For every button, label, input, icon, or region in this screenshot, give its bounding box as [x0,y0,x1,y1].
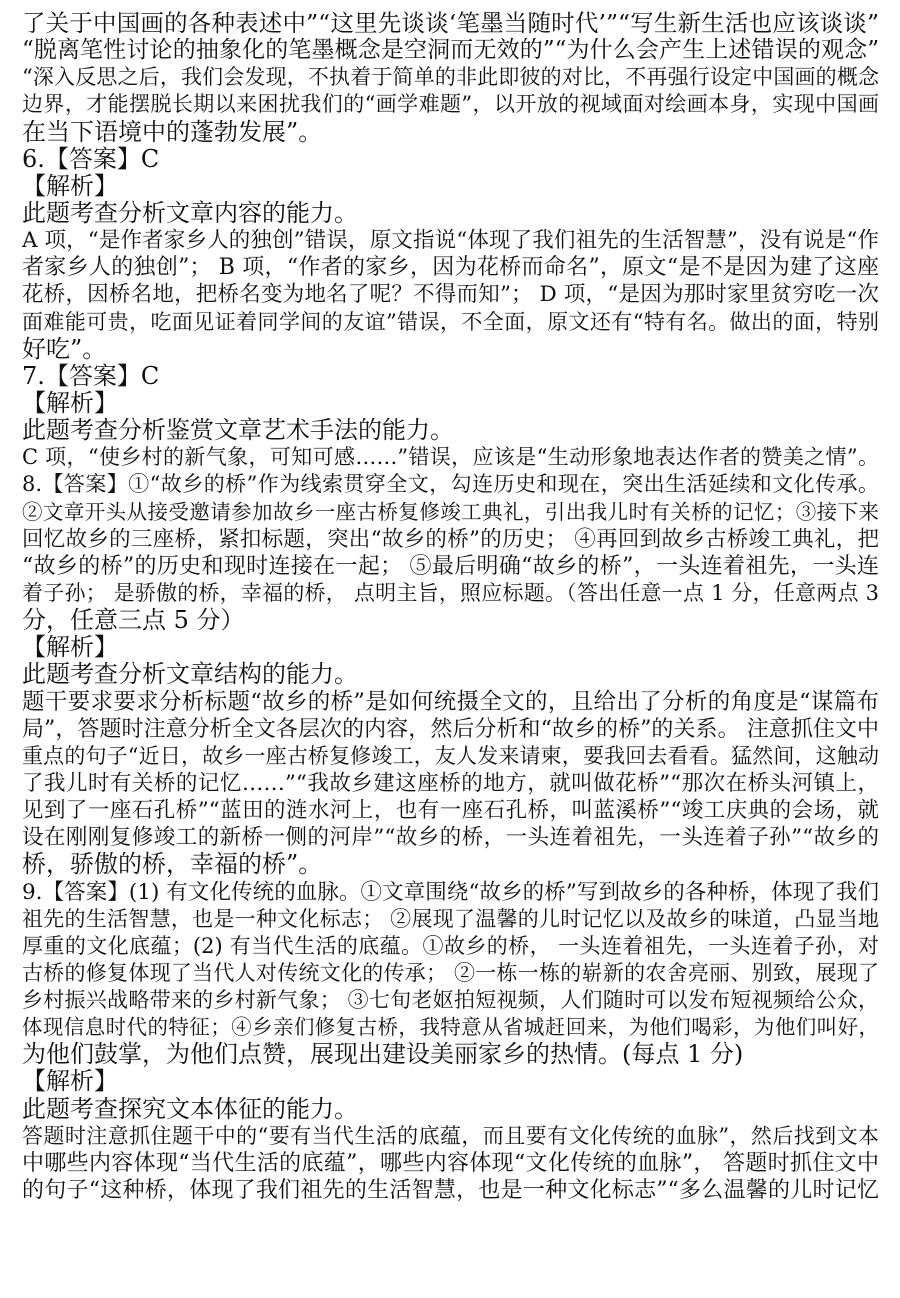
text-line: 【解析】 [22,634,879,661]
text-line: 乡村振兴战略带来的乡村新气象； ③七旬老妪拍短视频，人们随时可以发布短视频给公众… [22,987,879,1014]
text-line: 此题考查分析鉴赏文章艺术手法的能力。 [22,417,879,444]
text-line: 祖先的生活智慧，也是一种文化标志； ②展现了温馨的儿时记忆以及故乡的味道，凸显当… [22,906,879,933]
text-line: 此题考查探究文本体征的能力。 [22,1096,879,1123]
text-line: 着子孙； 是骄傲的桥，幸福的桥， 点明主旨，照应标题。（答出任意一点 1 分，任… [22,580,879,607]
text-line: 设在刚刚复修竣工的新桥一侧的河岸”“故乡的桥，一头连着祖先，一头连着子孙”“故乡… [22,824,879,851]
text-line: 7.【答案】C [22,363,879,390]
text-line: 为他们鼓掌，为他们点赞，展现出建设美丽家乡的热情。(每点 1 分) [22,1041,879,1068]
text-line: ②文章开头从接受邀请参加故乡一座古桥复修竣工典礼，引出我儿时有关桥的记忆；③接下… [22,499,879,526]
text-line: 【解析】 [22,1068,879,1095]
text-line: “深入反思之后，我们会发现，不执着于简单的非此即彼的对比，不再强行设定中国画的概… [22,64,879,91]
text-line: 好吃”。 [22,336,879,363]
text-line: 了我儿时有关桥的记忆……”“我故乡建这座桥的地方，就叫做花桥”“那次在桥头河镇上… [22,770,879,797]
text-line: 此题考查分析文章内容的能力。 [22,200,879,227]
text-line: 体现信息时代的特征；④乡亲们修复古桥，我特意从省城赶回来，为他们喝彩，为他们叫好… [22,1014,879,1041]
text-line: 了关于中国画的各种表述中”“这里先谈谈‘笔墨当随时代’”“写生新生活也应该谈谈” [22,10,879,37]
text-line: 重点的句子“近日，故乡一座古桥复修竣工，友人发来请柬，要我回去看看。猛然间，这触… [22,743,879,770]
text-line: A 项，“是作者家乡人的独创”错误，原文指说“体现了我们祖先的生活智慧”，没有说… [22,227,879,254]
text-line: 此题考查分析文章结构的能力。 [22,661,879,688]
text-line: 在当下语境中的蓬勃发展”。 [22,119,879,146]
text-line: “故乡的桥”的历史和现时连接在一起； ⑤最后明确“故乡的桥”，一头连着祖先，一头… [22,553,879,580]
text-line: 中哪些内容体现“当代生活的底蕴”，哪些内容体现“文化传统的血脉”， 答题时抓住文… [22,1150,879,1177]
text-line: 9.【答案】(1) 有文化传统的血脉。①文章围绕“故乡的桥”写到故乡的各种桥，体… [22,879,879,906]
text-line: 面难能可贵，吃面见证着同学间的友谊”错误，不全面，原文还有“特有名。做出的面，特… [22,309,879,336]
document-page: 了关于中国画的各种表述中”“这里先谈谈‘笔墨当随时代’”“写生新生活也应该谈谈”… [22,10,879,1204]
text-line: 古桥的修复体现了当代人对传统文化的传承； ②一栋一栋的崭新的农舍亮丽、别致，展现… [22,960,879,987]
text-line: 回忆故乡的三座桥，紧扣标题，突出“故乡的桥”的历史； ④再回到故乡古桥竣工典礼，… [22,526,879,553]
text-line: C 项，“使乡村的新气象，可知可感……”错误，应该是“生动形象地表达作者的赞美之… [22,444,879,471]
text-line: 桥，骄傲的桥，幸福的桥”。 [22,851,879,878]
text-line: 6.【答案】C [22,146,879,173]
text-line: 厚重的文化底蕴；(2) 有当代生活的底蕴。①故乡的桥， 一头连着祖先，一头连着子… [22,933,879,960]
text-line: 花桥，因桥名地，把桥名变为地名了呢？不得而知”； D 项，“是因为那时家里贫穷吃… [22,281,879,308]
text-line: 者家乡人的独创”； B 项，“作者的家乡，因为花桥而命名”，原文“是不是因为建了… [22,254,879,281]
text-line: 8.【答案】①“故乡的桥”作为线索贯穿全文，勾连历史和现在，突出生活延续和文化传… [22,471,879,498]
text-line: 【解析】 [22,390,879,417]
text-line: 题干要求要求分析标题“故乡的桥”是如何统摄全文的，且给出了分析的角度是“谋篇布 [22,689,879,716]
text-line: 局”，答题时注意分析全文各层次的内容，然后分析和“故乡的桥”的关系。 注意抓住文… [22,716,879,743]
text-line: 边界，才能摆脱长期以来困扰我们的“画学难题”，以开放的视域面对绘画本身，实现中国… [22,91,879,118]
text-line: 【解析】 [22,173,879,200]
text-line: “脱离笔性讨论的抽象化的笔墨概念是空洞而无效的”“为什么会产生上述错误的观念” [22,37,879,64]
text-line: 的句子“这种桥，体现了我们祖先的生活智慧，也是一种文化标志”“多么温馨的儿时记忆 [22,1177,879,1204]
text-line: 见到了一座石孔桥”“蓝田的涟水河上，也有一座石孔桥，叫蓝溪桥”“竣工庆典的会场，… [22,797,879,824]
text-line: 答题时注意抓住题干中的“要有当代生活的底蕴，而且要有文化传统的血脉”，然后找到文… [22,1123,879,1150]
text-line: 分，任意三点 5 分） [22,607,879,634]
